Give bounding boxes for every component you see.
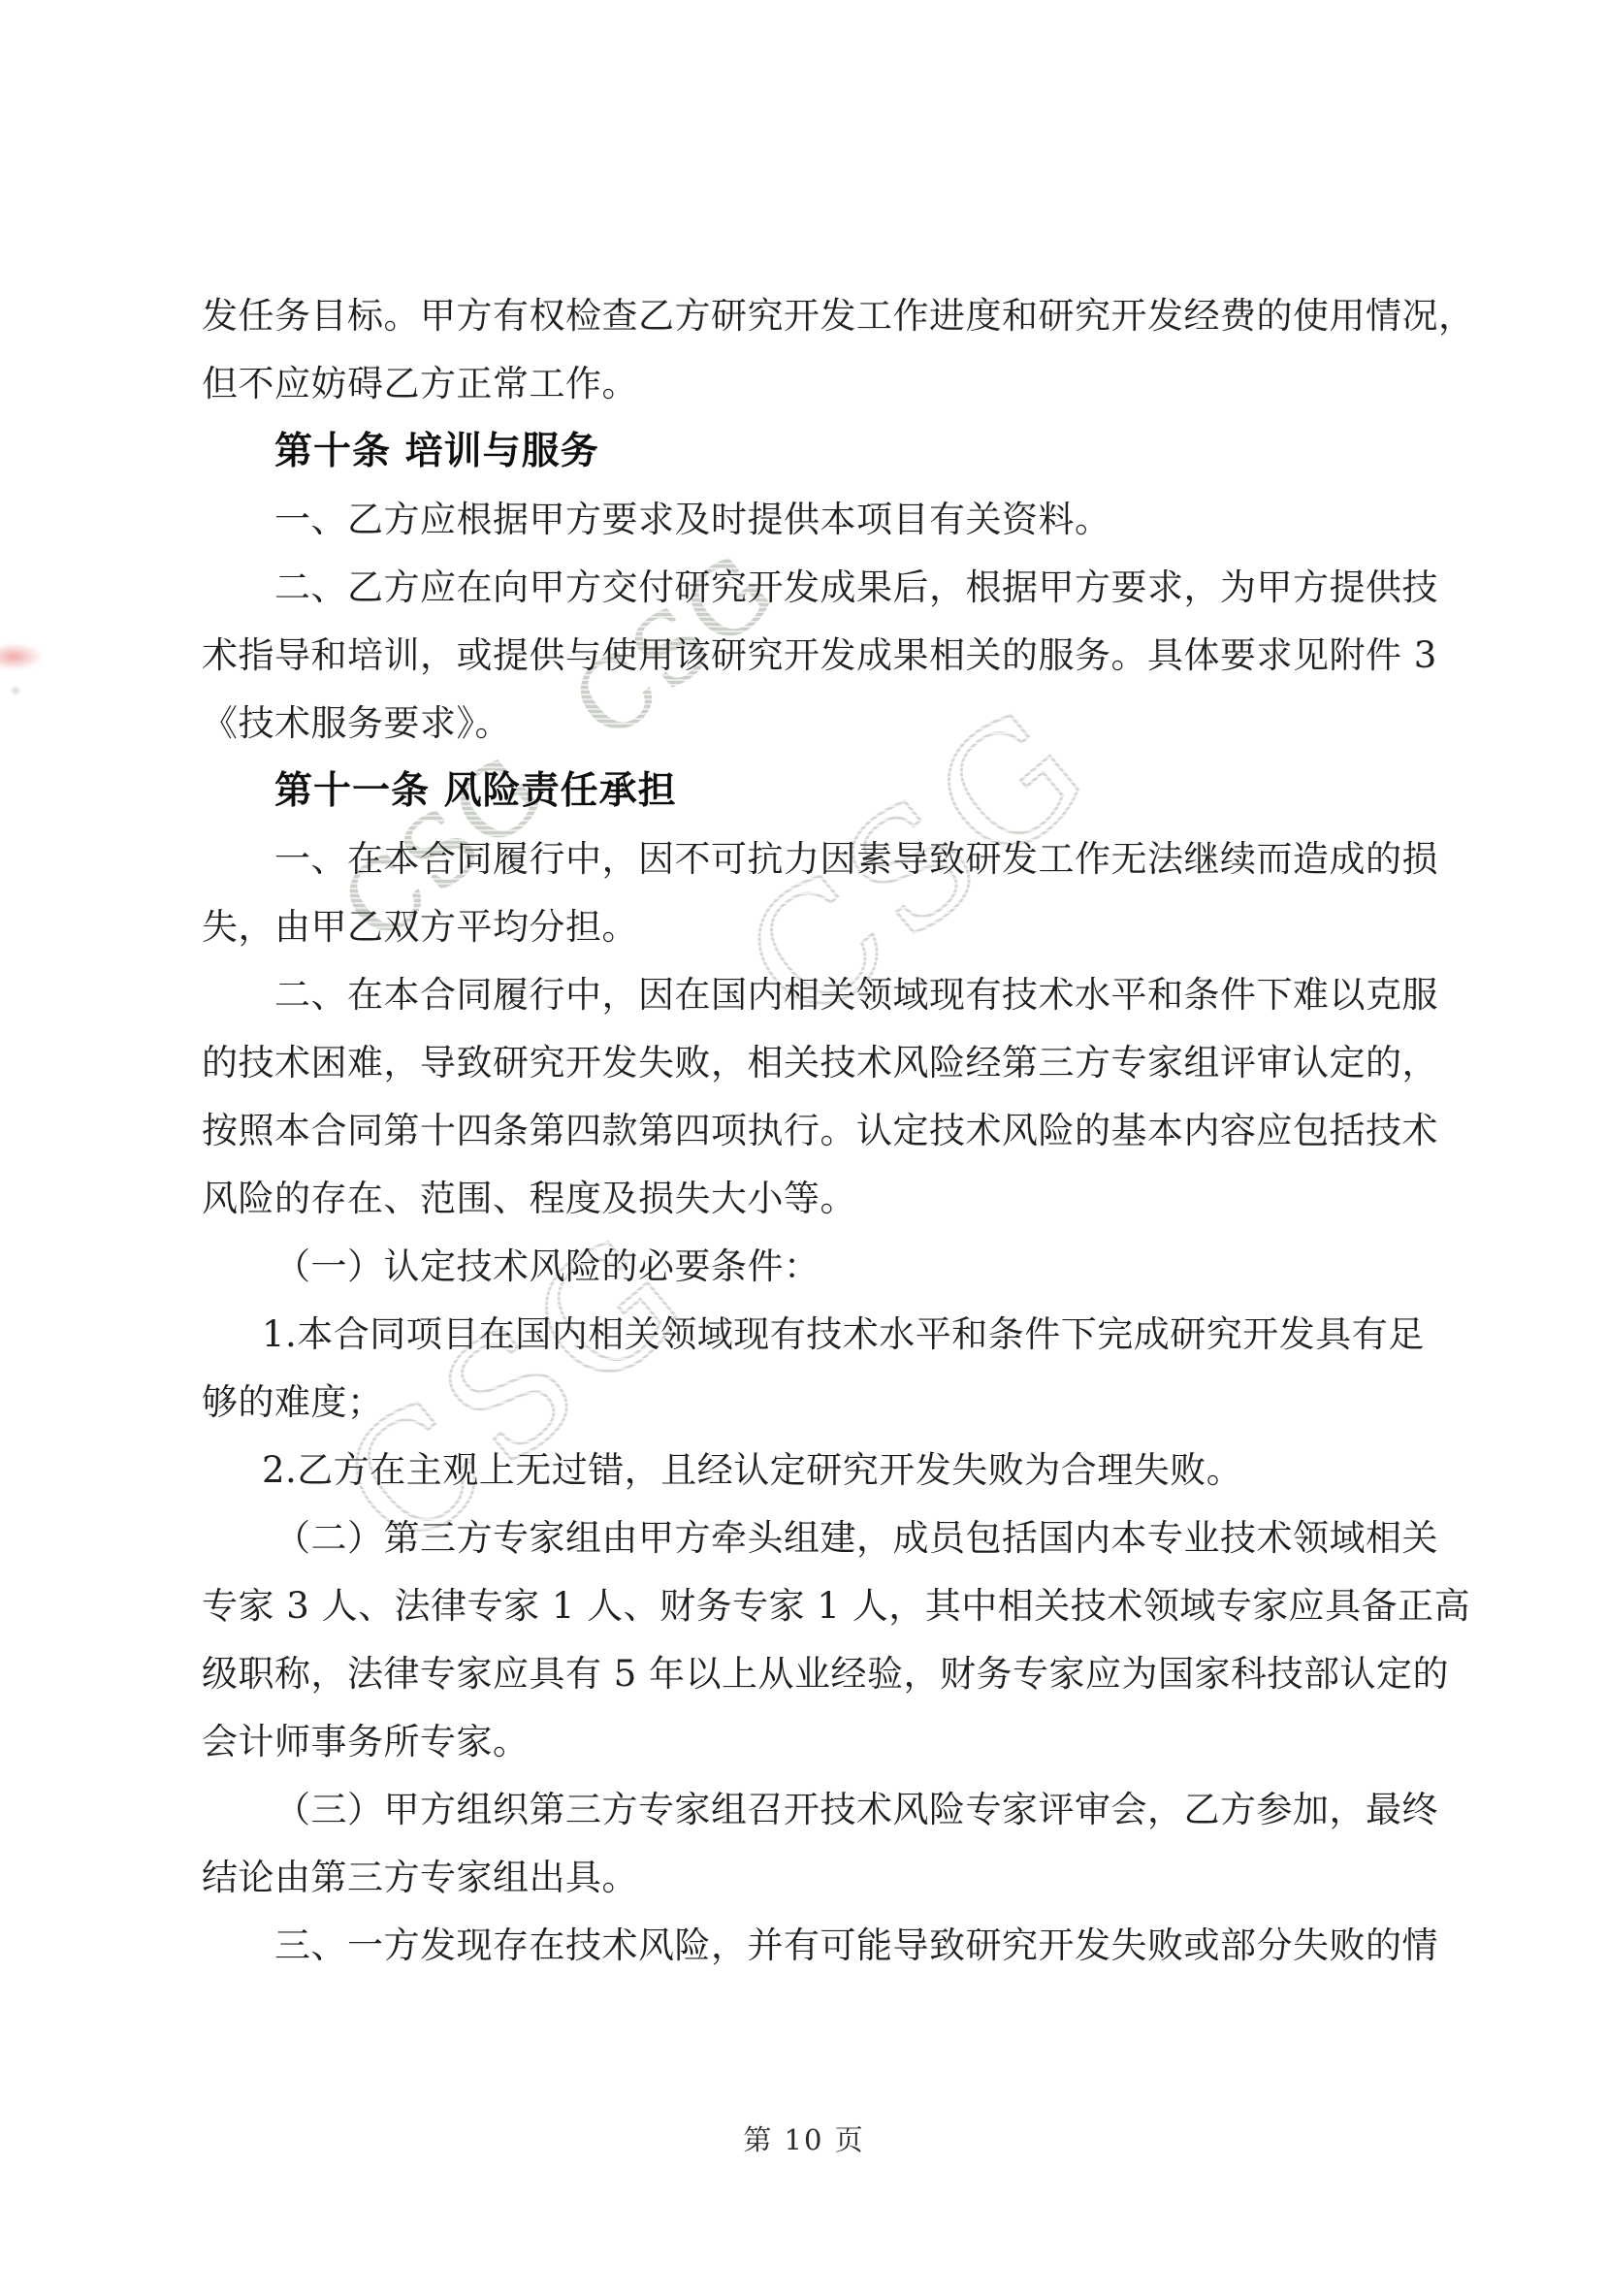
text-line: 会计师事务所专家。 [202, 1708, 1453, 1776]
text-line: 但不应妨碍乙方正常工作。 [202, 350, 1453, 418]
text-line: 三、一方发现存在技术风险，并有可能导致研究开发失败或部分失败的情 [202, 1912, 1453, 1980]
section-heading: 第十条 培训与服务 [202, 418, 1453, 486]
text-line: 够的难度； [202, 1369, 1453, 1437]
text-line: 失，由甲乙双方平均分担。 [202, 893, 1453, 961]
text-line: 二、在本合同履行中，因在国内相关领域现有技术水平和条件下难以克服 [202, 961, 1453, 1029]
text-line: 结论由第三方专家组出具。 [202, 1844, 1453, 1912]
page-number: 第 10 页 [0, 2120, 1608, 2159]
text-line: 一、乙方应根据甲方要求及时提供本项目有关资料。 [202, 486, 1453, 554]
scan-artifact-pink [0, 643, 43, 670]
text-line: 级职称，法律专家应具有 5 年以上从业经验，财务专家应为国家科技部认定的 [202, 1640, 1453, 1708]
text-line: 2.乙方在主观上无过错，且经认定研究开发失败为合理失败。 [202, 1437, 1453, 1504]
text-line: 二、乙方应在向甲方交付研究开发成果后，根据甲方要求，为甲方提供技 [202, 554, 1453, 622]
text-line: （三）甲方组织第三方专家组召开技术风险专家评审会，乙方参加，最终 [202, 1776, 1453, 1844]
text-line: 的技术困难，导致研究开发失败，相关技术风险经第三方专家组评审认定的， [202, 1029, 1453, 1097]
scan-artifact-dot [12, 687, 19, 695]
document-page: CSG CSG CSG CSG 发任务目标。甲方有权检查乙方研究开发工作进度和研… [0, 0, 1608, 2296]
text-line: 一、在本合同履行中，因不可抗力因素导致研发工作无法继续而造成的损 [202, 825, 1453, 893]
text-line: 1.本合同项目在国内相关领域现有技术水平和条件下完成研究开发具有足 [202, 1301, 1453, 1369]
text-line: 专家 3 人、法律专家 1 人、财务专家 1 人，其中相关技术领域专家应具备正高 [202, 1572, 1453, 1640]
text-line: 风险的存在、范围、程度及损失大小等。 [202, 1165, 1453, 1233]
text-line: （二）第三方专家组由甲方牵头组建，成员包括国内本专业技术领域相关 [202, 1504, 1453, 1572]
text-line: 按照本合同第十四条第四款第四项执行。认定技术风险的基本内容应包括技术 [202, 1097, 1453, 1165]
text-line: 发任务目标。甲方有权检查乙方研究开发工作进度和研究开发经费的使用情况， [202, 282, 1453, 350]
text-line: 《技术服务要求》。 [202, 690, 1453, 758]
text-line: （一）认定技术风险的必要条件： [202, 1233, 1453, 1301]
text-line: 术指导和培训，或提供与使用该研究开发成果相关的服务。具体要求见附件 3 [202, 622, 1453, 690]
section-heading: 第十一条 风险责任承担 [202, 758, 1453, 825]
document-text: 发任务目标。甲方有权检查乙方研究开发工作进度和研究开发经费的使用情况， 但不应妨… [202, 282, 1453, 1980]
